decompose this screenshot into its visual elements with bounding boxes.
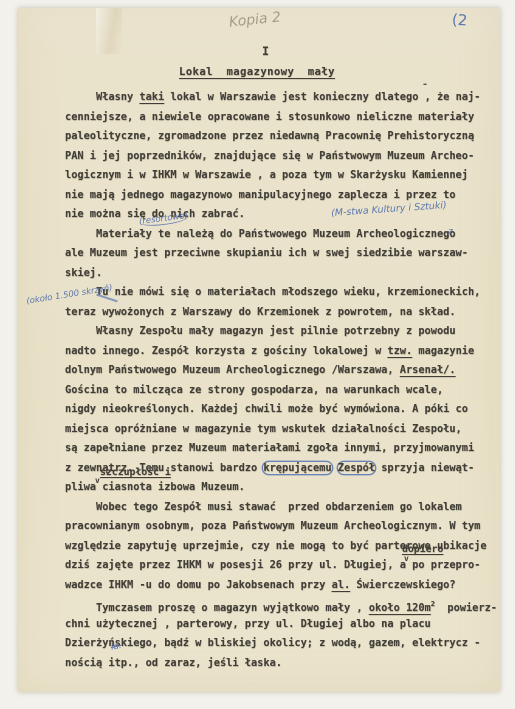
typed-line: pracownianym osobnym, poza Państwowym Mu… bbox=[65, 517, 497, 537]
typed-line: chni użytecznej , parterowy, przy ul. Dł… bbox=[65, 615, 497, 635]
typed-line: skiej. bbox=[65, 264, 497, 284]
typed-line: Tu nie mówi się o materiałach młodszego … bbox=[65, 283, 497, 303]
caret-mark: v bbox=[404, 554, 409, 563]
typed-line: dziś zajęte przez IHKM w posesji 26 przy… bbox=[65, 556, 497, 576]
typed-line: nigdy nieokreślonych. Każdej chwili może… bbox=[65, 400, 497, 420]
paper-crease bbox=[96, 8, 122, 54]
typed-line: miejsca opróżniane w magazynie tym wskut… bbox=[65, 420, 497, 440]
annotation-itd-mark: id. bbox=[110, 641, 122, 653]
typed-line: wadzce IHKM -u do domu po Jakobsenach pr… bbox=[65, 576, 497, 596]
typed-line: Tymczasem proszę o magazyn wyjątkowo mał… bbox=[65, 595, 497, 615]
typed-line: ale Muzeum jest przeciwne skupianiu ich … bbox=[65, 244, 497, 264]
typed-line: PAN i jej poprzedników, znajdujące się w… bbox=[65, 147, 497, 167]
page-title: Lokal magazynowy mały bbox=[179, 66, 335, 78]
copy-label-handwriting: Kopia 2 bbox=[228, 9, 281, 30]
typed-line: Dzierżyńskiego, bądź w bliskiej okolicy;… bbox=[65, 634, 497, 654]
typed-line: Wobec tego Zespół musi stawać przed obda… bbox=[65, 498, 497, 518]
typed-line: Gościna to milcząca ze strony gospodarza… bbox=[65, 381, 497, 401]
typed-line: pliwa ciasnota izbowa Muzeum. bbox=[65, 478, 497, 498]
typed-line: Własny taki lokal w Warszawie jest konie… bbox=[65, 88, 497, 108]
typed-line: logicznym i w IHKM w Warszawie , a poza … bbox=[65, 166, 497, 186]
scanned-document-page: { "document": { "copy_label": "Kopia 2",… bbox=[0, 0, 515, 709]
typed-line: teraz wywożonych z Warszawy do Krzemione… bbox=[65, 303, 497, 323]
typed-line: paleolityczne, zgromadzone przez niedawn… bbox=[65, 127, 497, 147]
typed-line: nadto innego. Zespół korzysta z gościny … bbox=[65, 342, 497, 362]
stray-dash-mark: - bbox=[422, 79, 428, 90]
typed-line: dolnym Państwowego Muzeum Archeologiczne… bbox=[65, 361, 497, 381]
page-number-handwriting: (2 bbox=[451, 10, 468, 29]
typed-line: cenniejsze, a niewiele opracowane i stos… bbox=[65, 108, 497, 128]
typed-insertion-szczuplosc: szczupłość i bbox=[100, 467, 171, 478]
paper-sheet: Kopia 2 (2 I Lokal magazynowy mały Własn… bbox=[18, 8, 500, 692]
typed-line: Własny Zespołu mały magazyn jest pilnie … bbox=[65, 322, 497, 342]
typed-line: nością itp., od zaraz, jeśli łaska. bbox=[65, 654, 497, 674]
typed-text-block: Własny taki lokal w Warszawie jest konie… bbox=[65, 88, 497, 673]
annotation-insertion-mark: z bbox=[448, 227, 453, 237]
section-numeral: I bbox=[262, 44, 269, 58]
typed-line: są zapełniane przez Muzeum materiałami z… bbox=[65, 439, 497, 459]
caret-mark: v bbox=[95, 476, 100, 485]
typed-line: Materiały te należą do Państwowego Muzeu… bbox=[65, 225, 497, 245]
